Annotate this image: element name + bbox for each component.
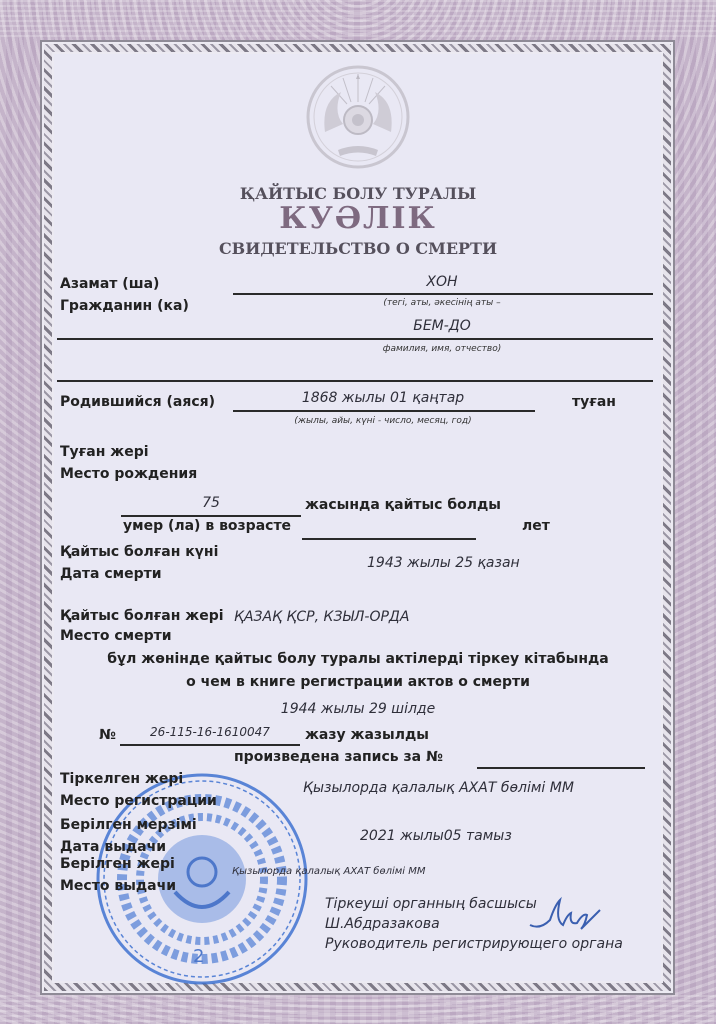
name-hint-kz: (тегі, аты, әкесінің аты –	[232, 298, 652, 308]
age-label-kz: жасында қайтыс болды	[305, 497, 501, 513]
birth-suffix: туған	[572, 394, 616, 410]
issue-place-label-ru: Место выдачи	[60, 878, 176, 894]
registry-text-ru: о чем в книге регистрации актов о смерти	[0, 674, 716, 690]
name-hint-ru: фамилия, имя, отчество)	[232, 344, 652, 354]
surname-value: ХОН	[232, 274, 652, 290]
registration-place-label-kz: Тіркелген жері	[60, 771, 183, 787]
citizen-label-ru: Гражданин (ка)	[60, 298, 189, 314]
issue-place-label-kz: Берілген жері	[60, 856, 175, 872]
issue-place-value: Қызылорда қалалық АХАТ бөлімі ММ	[232, 866, 426, 877]
given-name-line	[57, 338, 653, 340]
death-date-label-ru: Дата смерти	[60, 566, 162, 582]
title-ru: СВИДЕТЕЛЬСТВО О СМЕРТИ	[0, 239, 716, 258]
death-place-value: ҚАЗАҚ ҚСР, КЗЫЛ-ОРДА	[234, 609, 409, 625]
title-kz-main: КУӘЛІК	[0, 201, 716, 236]
birth-date-line	[233, 410, 535, 412]
record-ru-line	[477, 767, 645, 769]
birth-date-value: 1868 жылы 01 қаңтар	[232, 390, 534, 406]
surname-line	[233, 293, 653, 295]
guilloche-top	[0, 0, 716, 40]
issue-date-label-kz: Берілген мерзімі	[60, 817, 197, 833]
death-date-value: 1943 жылы 25 қазан	[367, 555, 520, 571]
citizen-label-kz: Азамат (ша)	[60, 276, 159, 292]
registration-place-value: Қызылорда қалалық АХАТ бөлімі ММ	[303, 780, 574, 796]
issue-date-label-ru: Дата выдачи	[60, 839, 166, 855]
death-date-label-kz: Қайтыс болған күні	[60, 544, 218, 560]
birth-place-label-ru: Место рождения	[60, 466, 197, 482]
registry-text-kz: бұл жөнінде қайтыс болу туралы актілерді…	[0, 651, 716, 667]
birth-date-hint: (жылы, айы, күні - число, месяц, год)	[232, 416, 534, 426]
number-sign: №	[99, 727, 116, 743]
given-name-value: БЕМ-ДО	[232, 318, 652, 334]
patronymic-line	[57, 380, 653, 382]
age-label-ru: умер (ла) в возрасте	[123, 518, 291, 534]
stamp-number: 2	[193, 946, 204, 967]
age-ru-line	[302, 538, 476, 540]
record-label-ru: произведена запись за №	[234, 749, 443, 765]
registration-place-label-ru: Место регистрации	[60, 793, 217, 809]
record-number-line	[120, 744, 300, 746]
signatory-title-kz: Тіркеуші органның басшысы	[325, 896, 537, 912]
birth-label: Родившийся (аяся)	[60, 394, 215, 410]
signatory-title-ru: Руководитель регистрирующего органа	[325, 936, 623, 952]
age-suffix: лет	[522, 518, 550, 534]
signatory-name: Ш.Абдразакова	[325, 916, 440, 932]
age-line	[121, 515, 301, 517]
birth-place-label-kz: Туған жері	[60, 444, 149, 460]
record-number: 26-115-16-1610047	[120, 725, 300, 739]
registry-date: 1944 жылы 29 шілде	[0, 701, 716, 717]
death-place-label-kz: Қайтыс болған жері	[60, 608, 224, 624]
guilloche-bottom	[0, 995, 716, 1024]
record-label-kz: жазу жазылды	[305, 727, 429, 743]
state-emblem-icon	[303, 62, 413, 172]
death-place-label-ru: Место смерти	[60, 628, 172, 644]
issue-date-value: 2021 жылы05 тамыз	[360, 828, 512, 844]
age-value: 75	[121, 495, 301, 511]
signature-icon	[525, 895, 605, 935]
